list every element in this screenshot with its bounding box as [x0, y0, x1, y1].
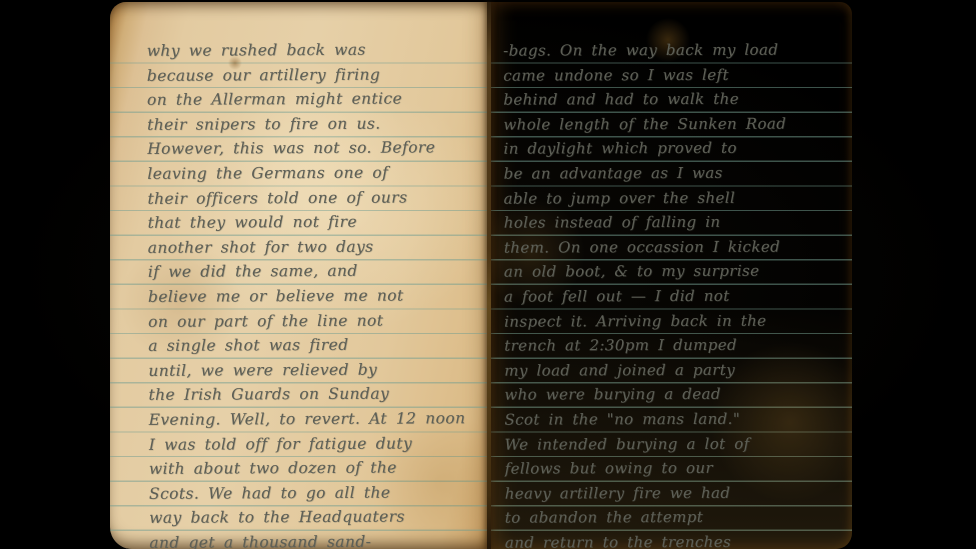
open-notebook: why we rushed back was because our artil… [110, 2, 852, 549]
handwritten-line: and get a thousand sand- [149, 529, 483, 549]
handwritten-line: came undone so I was left [503, 62, 849, 88]
handwritten-line: why we rushed back was [147, 37, 481, 63]
handwritten-line: way back to the Headquaters [149, 504, 483, 530]
right-page: -bags. On the way back my load came undo… [490, 2, 852, 549]
handwritten-line: with about two dozen of the [149, 455, 483, 481]
handwritten-line: However, this was not so. Before [147, 136, 481, 162]
handwritten-line: inspect it. Arriving back in the [504, 308, 850, 334]
right-page-text: -bags. On the way back my load came undo… [503, 37, 851, 549]
handwritten-line: them. On one occassion I kicked [504, 234, 850, 260]
handwritten-line: behind and had to walk the [503, 87, 849, 113]
handwritten-line: Scots. We had to go all the [149, 480, 483, 506]
handwritten-line: the Irish Guards on Sunday [148, 381, 482, 407]
handwritten-line: another shot for two days [148, 234, 482, 260]
handwritten-line: until, we were relieved by [148, 357, 482, 383]
handwritten-line: Evening. Well, to revert. At 12 noon [149, 406, 483, 432]
handwritten-line: who were burying a dead [504, 382, 850, 408]
left-page-text: why we rushed back was because our artil… [147, 37, 484, 549]
handwritten-line: Scot in the "no mans land." [504, 406, 850, 432]
handwritten-line: I was told off for fatigue duty [149, 431, 483, 457]
handwritten-line: trench at 2:30pm I dumped [504, 333, 850, 359]
left-page: why we rushed back was because our artil… [110, 2, 490, 549]
handwritten-line: holes instead of falling in [504, 210, 850, 236]
handwritten-line: fellows but owing to our [505, 455, 851, 481]
handwritten-line: a foot fell out — I did not [504, 283, 850, 309]
handwritten-line: because our artillery firing [147, 62, 481, 88]
handwritten-line: be an advantage as I was [504, 160, 850, 186]
handwritten-line: their snipers to fire on us. [147, 111, 481, 137]
handwritten-line: and return to the trenches [505, 529, 851, 549]
handwritten-line: in daylight which proved to [503, 136, 849, 162]
handwritten-line: an old boot, & to my surprise [504, 259, 850, 285]
handwritten-line: -bags. On the way back my load [503, 37, 849, 63]
handwritten-line: We intended burying a lot of [504, 431, 850, 457]
book-spine [487, 2, 491, 549]
handwritten-line: on our part of the line not [148, 308, 482, 334]
handwritten-line: their officers told one of ours [147, 185, 481, 211]
handwritten-line: my load and joined a party [504, 357, 850, 383]
handwritten-line: whole length of the Sunken Road [503, 111, 849, 137]
handwritten-line: able to jump over the shell [504, 185, 850, 211]
handwritten-line: on the Allerman might entice [147, 86, 481, 112]
handwritten-line: heavy artillery fire we had [505, 480, 851, 506]
handwritten-line: that they would not fire [148, 209, 482, 235]
handwritten-line: leaving the Germans one of [147, 160, 481, 186]
handwritten-line: if we did the same, and [148, 258, 482, 284]
photo-background: why we rushed back was because our artil… [0, 0, 976, 549]
handwritten-line: to abandon the attempt [505, 505, 851, 531]
handwritten-line: believe me or believe me not [148, 283, 482, 309]
handwritten-line: a single shot was fired [148, 332, 482, 358]
